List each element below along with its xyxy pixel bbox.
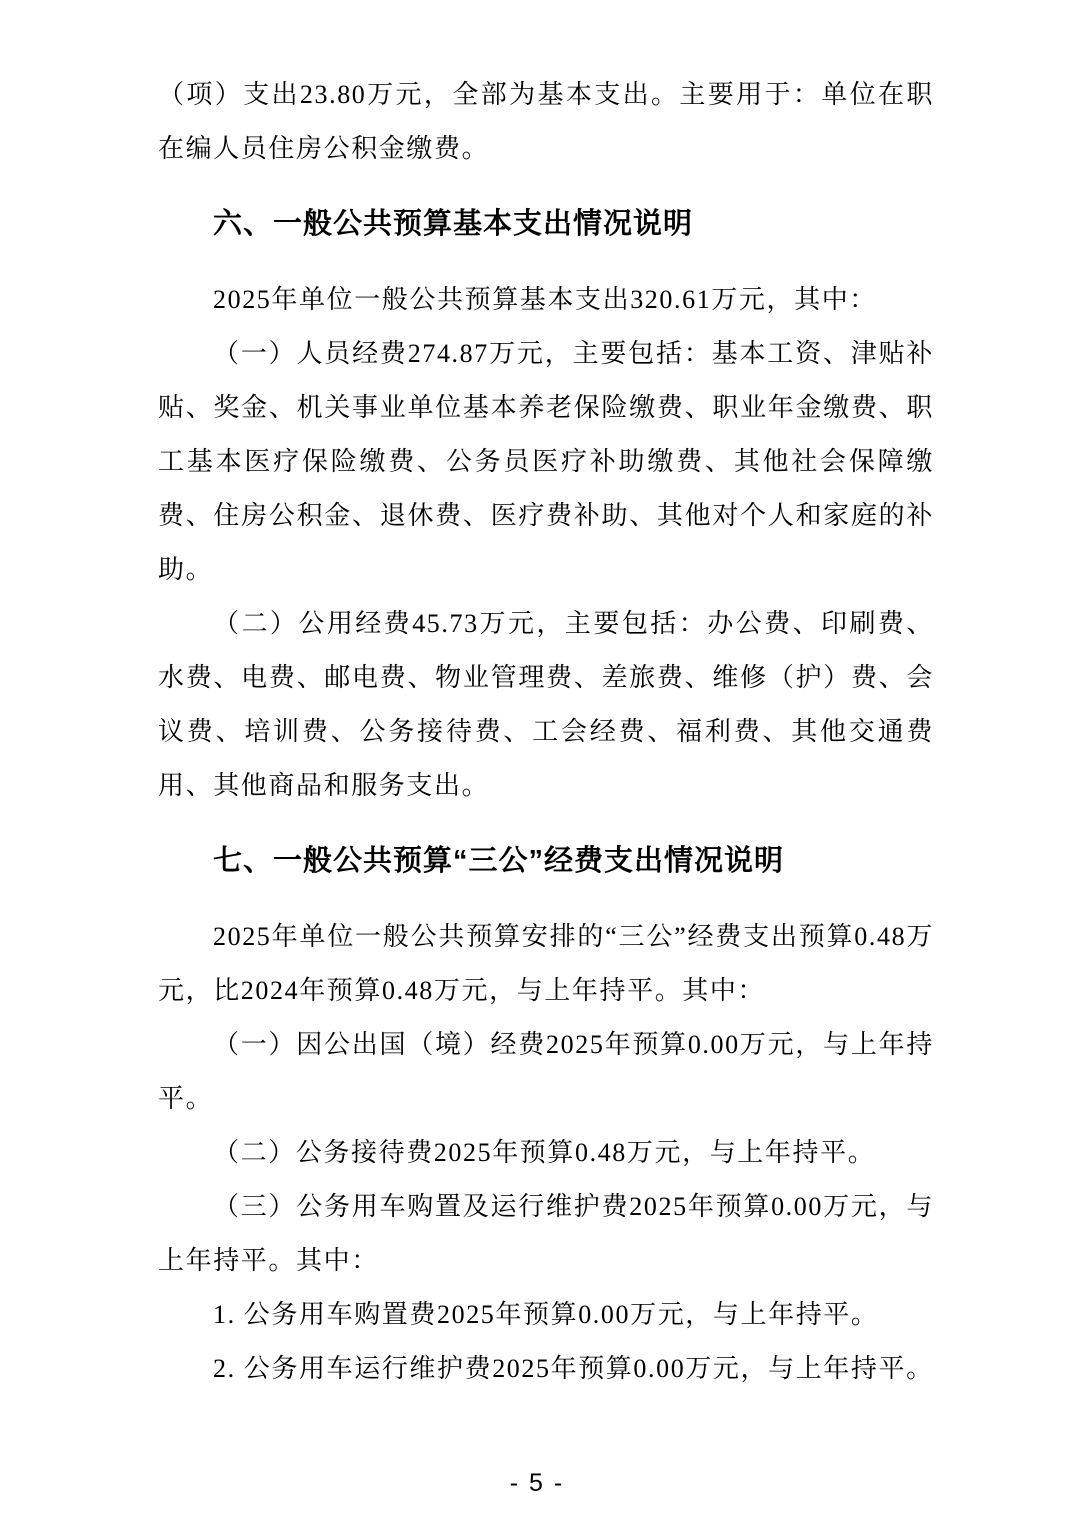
page-number: - 5 -: [0, 1469, 1074, 1498]
paragraph-official-vehicle-expense: （三）公务用车购置及运行维护费2025年预算0.00万元，与上年持平。其中：: [158, 1180, 934, 1288]
paragraph-public-funds: （二）公用经费45.73万元，主要包括：办公费、印刷费、水费、电费、邮电费、物业…: [158, 597, 934, 813]
paragraph-personnel-funds: （一）人员经费274.87万元，主要包括：基本工资、津贴补贴、奖金、机关事业单位…: [158, 327, 934, 597]
section-heading-six-basic-expenditure: 六、一般公共预算基本支出情况说明: [158, 197, 934, 251]
document-page: （项）支出23.80万元，全部为基本支出。主要用于：单位在职在编人员住房公积金缴…: [0, 0, 1074, 1520]
paragraph-three-public-budget-total: 2025年单位一般公共预算安排的“三公”经费支出预算0.48万元，比2024年预…: [158, 910, 934, 1018]
paragraph-overseas-trips-expense: （一）因公出国（境）经费2025年预算0.00万元，与上年持平。: [158, 1018, 934, 1126]
paragraph-basic-expenditure-total: 2025年单位一般公共预算基本支出320.61万元，其中：: [158, 273, 934, 327]
section-heading-seven-three-public-expenses: 七、一般公共预算“三公”经费支出情况说明: [158, 834, 934, 888]
paragraph-housing-fund-continuation: （项）支出23.80万元，全部为基本支出。主要用于：单位在职在编人员住房公积金缴…: [158, 68, 934, 176]
paragraph-vehicle-purchase-expense: 1. 公务用车购置费2025年预算0.00万元，与上年持平。: [158, 1288, 934, 1342]
paragraph-vehicle-operation-expense: 2. 公务用车运行维护费2025年预算0.00万元，与上年持平。: [158, 1342, 934, 1396]
paragraph-official-reception-expense: （二）公务接待费2025年预算0.48万元，与上年持平。: [158, 1126, 934, 1180]
